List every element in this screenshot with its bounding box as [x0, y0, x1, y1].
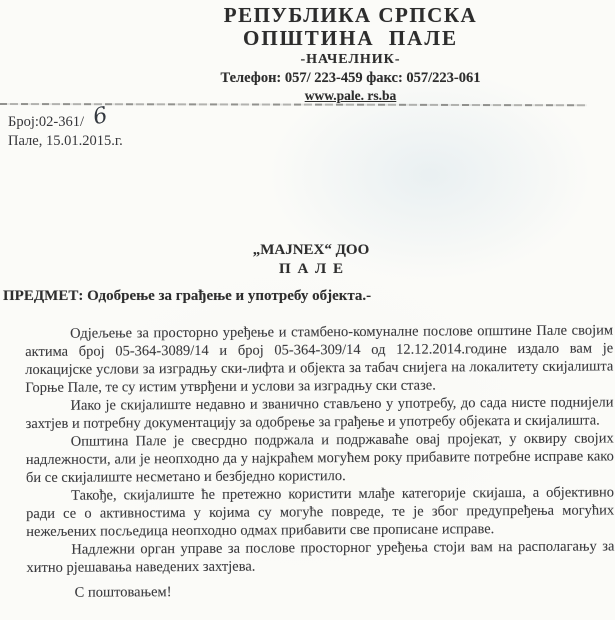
scanned-letter-page: РЕПУБЛИКА СРПСКА ОПШТИНА ПАЛЕ -НАЧЕЛНИК-… [0, 0, 615, 620]
body-paragraph-4: Такође, скијалиште ће претежно користити… [26, 483, 614, 541]
letterhead-municipality: ОПШТИНА ПАЛЕ [88, 27, 613, 50]
subject-line: ПРЕДМЕТ: Одобрење за грађење и употребу … [3, 288, 371, 305]
subject-label: ПРЕДМЕТ: [3, 288, 83, 304]
letterhead: РЕПУБЛИКА СРПСКА ОПШТИНА ПАЛЕ -НАЧЕЛНИК-… [88, 3, 613, 104]
letterhead-separator-line [0, 103, 587, 106]
letterhead-website: www.pale. rs.ba [88, 88, 613, 104]
reference-place-date: Пале, 15.01.2015.г. [8, 132, 123, 151]
letter-body: Одјељење за просторно уређење и стамбено… [25, 321, 615, 602]
letterhead-office-title: -НАЧЕЛНИК- [88, 51, 613, 68]
body-paragraph-5: Надлежни орган управе за послове простор… [26, 537, 614, 577]
reference-number-row: Број:02-361/6 [8, 110, 123, 132]
handwritten-number: 6 [92, 106, 110, 127]
letterhead-republic: РЕПУБЛИКА СРПСКА [88, 3, 613, 27]
body-paragraph-3: Општина Пале је свесрдно подржала и подр… [26, 429, 614, 487]
body-paragraph-2: Иако је скијалиште недавно и званично ст… [25, 393, 613, 433]
recipient-city: П А Л Е [0, 260, 615, 279]
subject-text: Одобрење за грађење и употребу објекта.- [83, 288, 371, 304]
letterhead-phone-fax: Телефон: 057/ 223-459 факс: 057/223-061 [88, 69, 613, 87]
body-paragraph-1: Одјељење за просторно уређење и стамбено… [25, 321, 613, 397]
reference-block: Број:02-361/6 Пале, 15.01.2015.г. [8, 110, 123, 151]
recipient-company: „MAJNEX“ ДОО [0, 241, 615, 260]
recipient-block: „MAJNEX“ ДОО П А Л Е [0, 241, 615, 279]
closing-salutation: С поштовањем! [75, 580, 615, 601]
reference-number-label: Број:02-361/ [8, 114, 84, 130]
